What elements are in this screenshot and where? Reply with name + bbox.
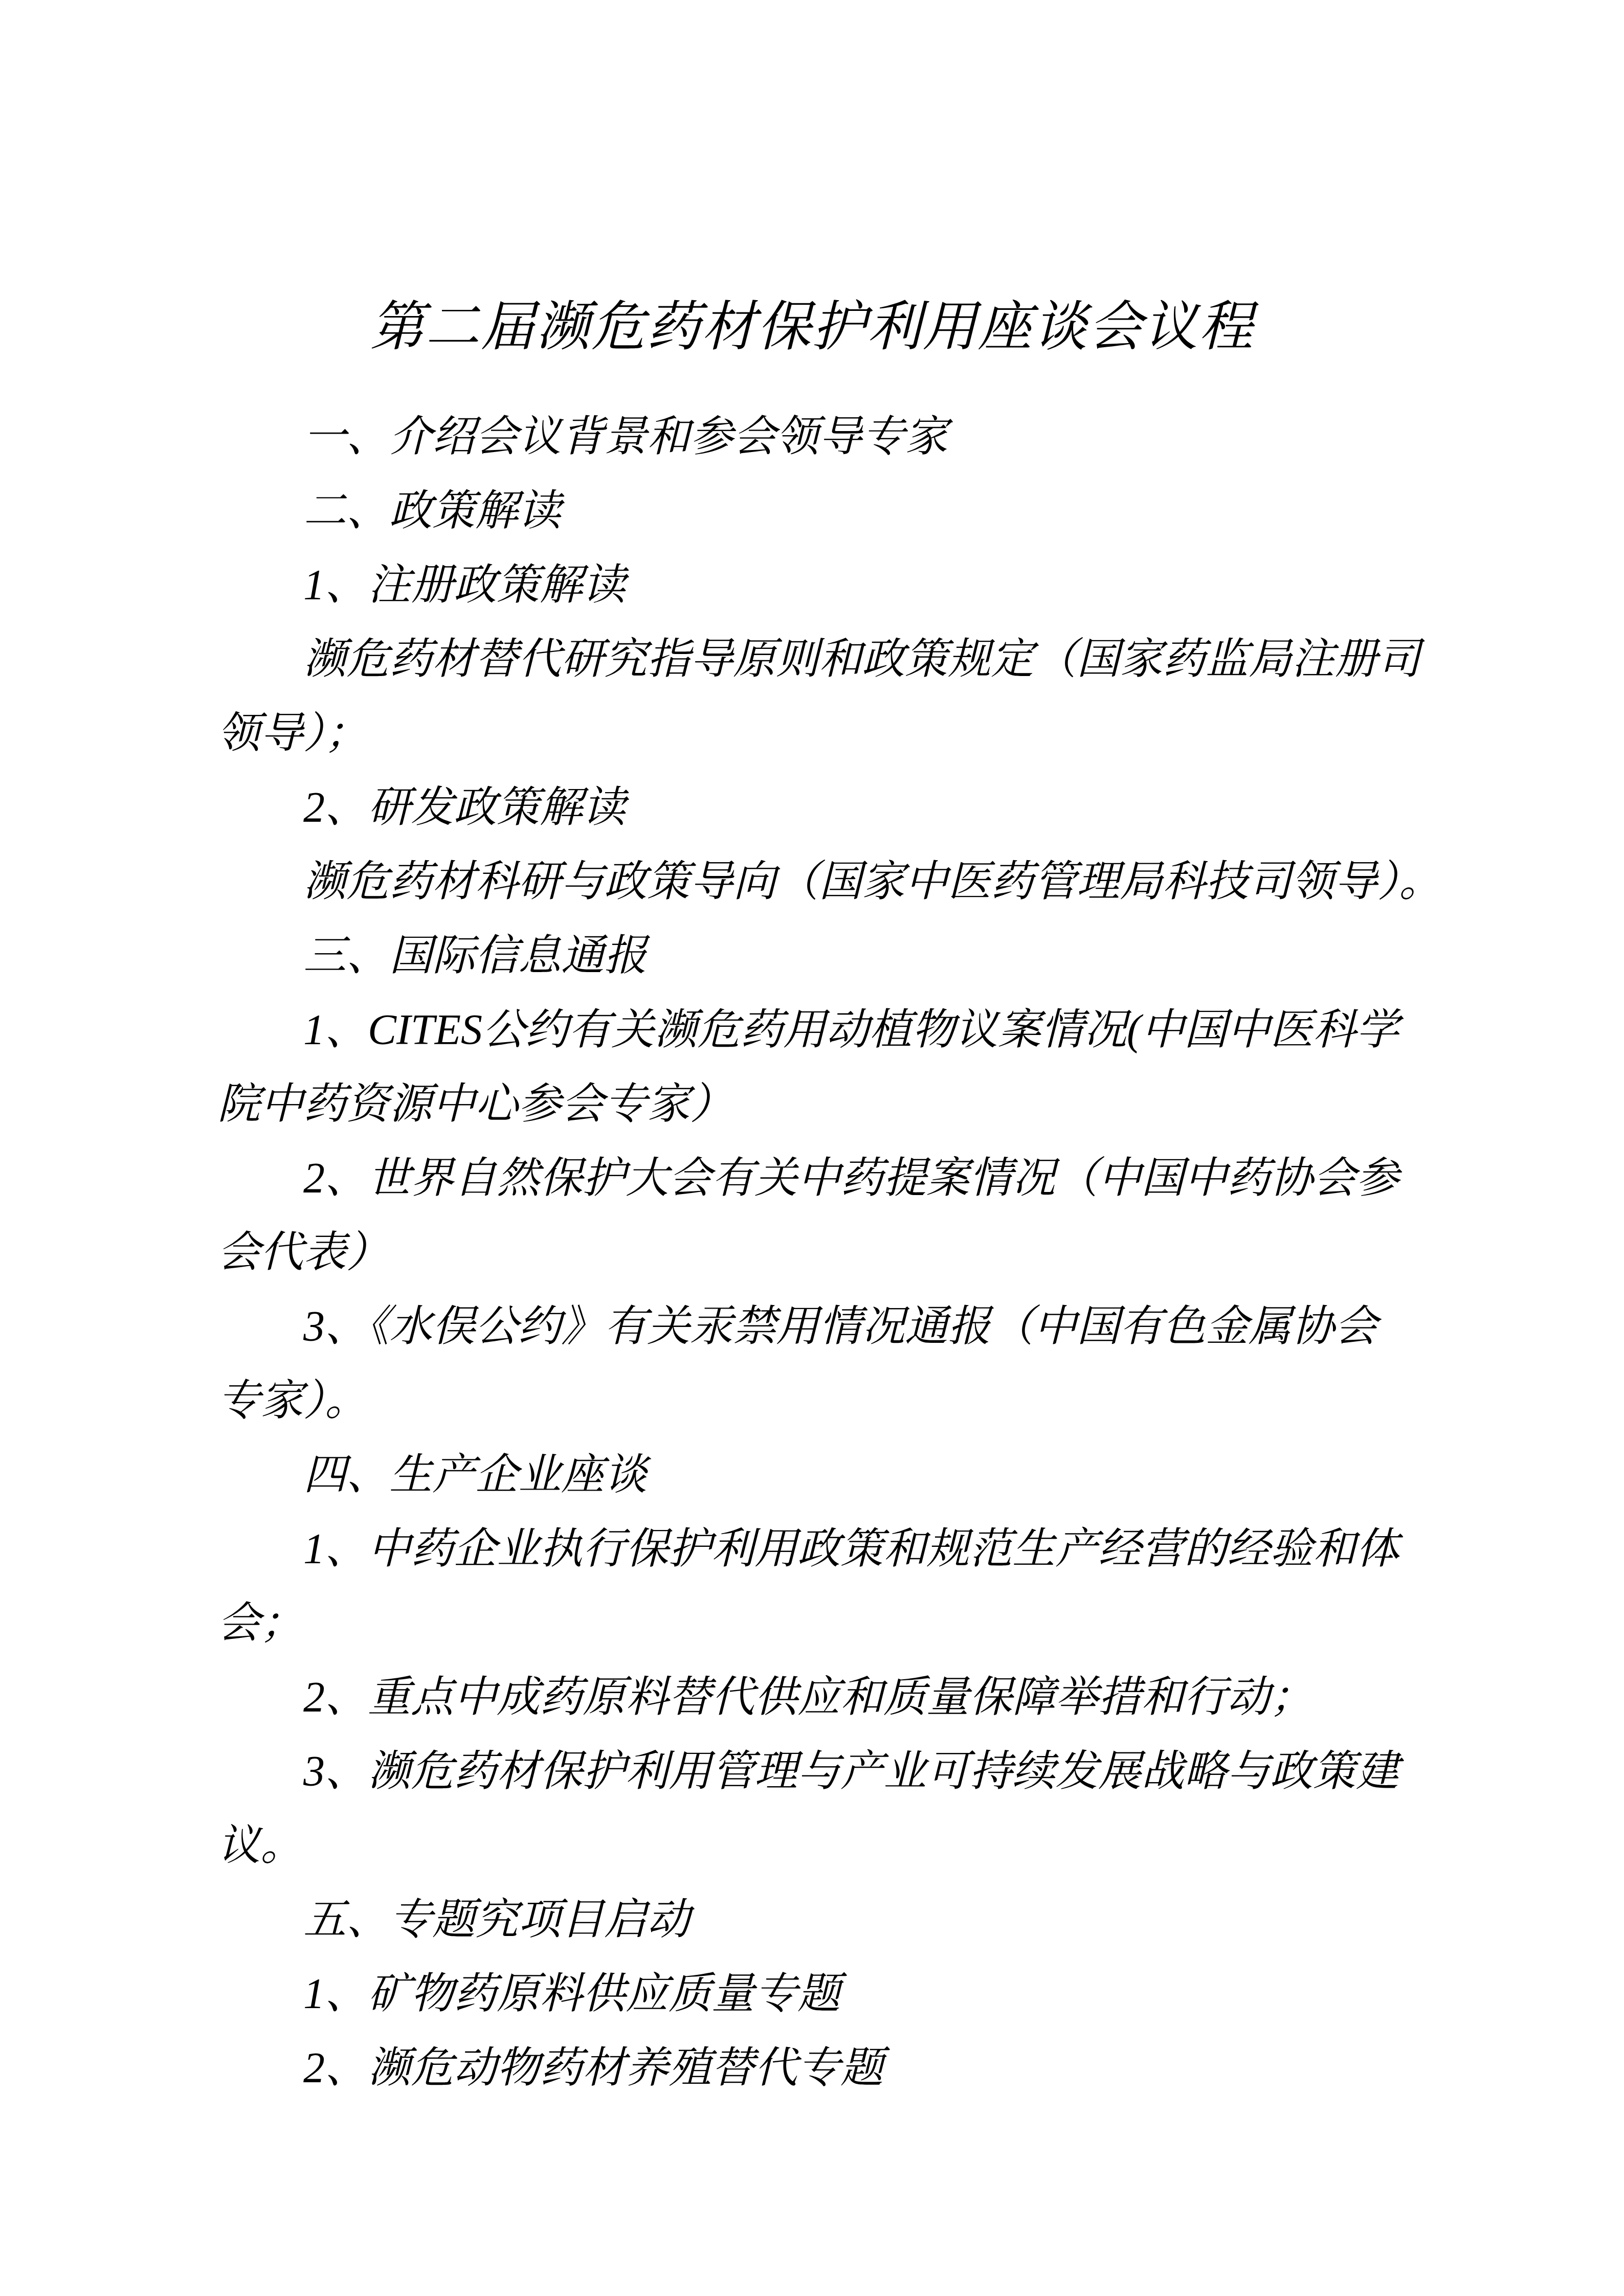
text-line: 四、生产企业座谈 [217,1438,1430,1512]
text-line: 1、注册政策解读 [217,548,1430,622]
document-page: 第二届濒危药材保护利用座谈会议程 一、介绍会议背景和参会领导专家二、政策解读1、… [0,0,1624,2296]
text-line: 濒危药材替代研究指导原则和政策规定（国家药监局注册司 [217,622,1430,696]
text-line: 2、研发政策解读 [217,771,1430,845]
text-line: 会； [217,1586,1430,1660]
text-line: 领导）； [217,696,1430,771]
text-line: 一、介绍会议背景和参会领导专家 [217,400,1430,474]
text-line: 2、世界自然保护大会有关中药提案情况（中国中药协会参 [217,1141,1430,1215]
text-line: 3、濒危药材保护利用管理与产业可持续发展战略与政策建 [217,1735,1430,1809]
text-line: 濒危药材科研与政策导向（国家中医药管理局科技司领导）。 [217,845,1430,919]
text-line: 专家）。 [217,1364,1430,1438]
text-line: 会代表） [217,1215,1430,1290]
text-line: 1、矿物药原料供应质量专题 [217,1957,1430,2031]
text-line: 2、重点中成药原料替代供应和质量保障举措和行动； [217,1660,1430,1735]
text-line: 三、国际信息通报 [217,919,1430,993]
text-line: 二、政策解读 [217,474,1430,548]
document-title: 第二届濒危药材保护利用座谈会议程 [0,291,1624,363]
text-line: 议。 [217,1809,1430,1883]
text-line: 1、中药企业执行保护利用政策和规范生产经营的经验和体 [217,1512,1430,1586]
text-line: 院中药资源中心参会专家） [217,1067,1430,1141]
text-line: 3、《水俣公约》有关汞禁用情况通报（中国有色金属协会 [217,1290,1430,1364]
document-body: 一、介绍会议背景和参会领导专家二、政策解读1、注册政策解读濒危药材替代研究指导原… [217,400,1430,2105]
text-line: 1、CITES公约有关濒危药用动植物议案情况(中国中医科学 [217,993,1430,1067]
text-line: 2、濒危动物药材养殖替代专题 [217,2031,1430,2105]
text-line: 五、专题究项目启动 [217,1883,1430,1957]
